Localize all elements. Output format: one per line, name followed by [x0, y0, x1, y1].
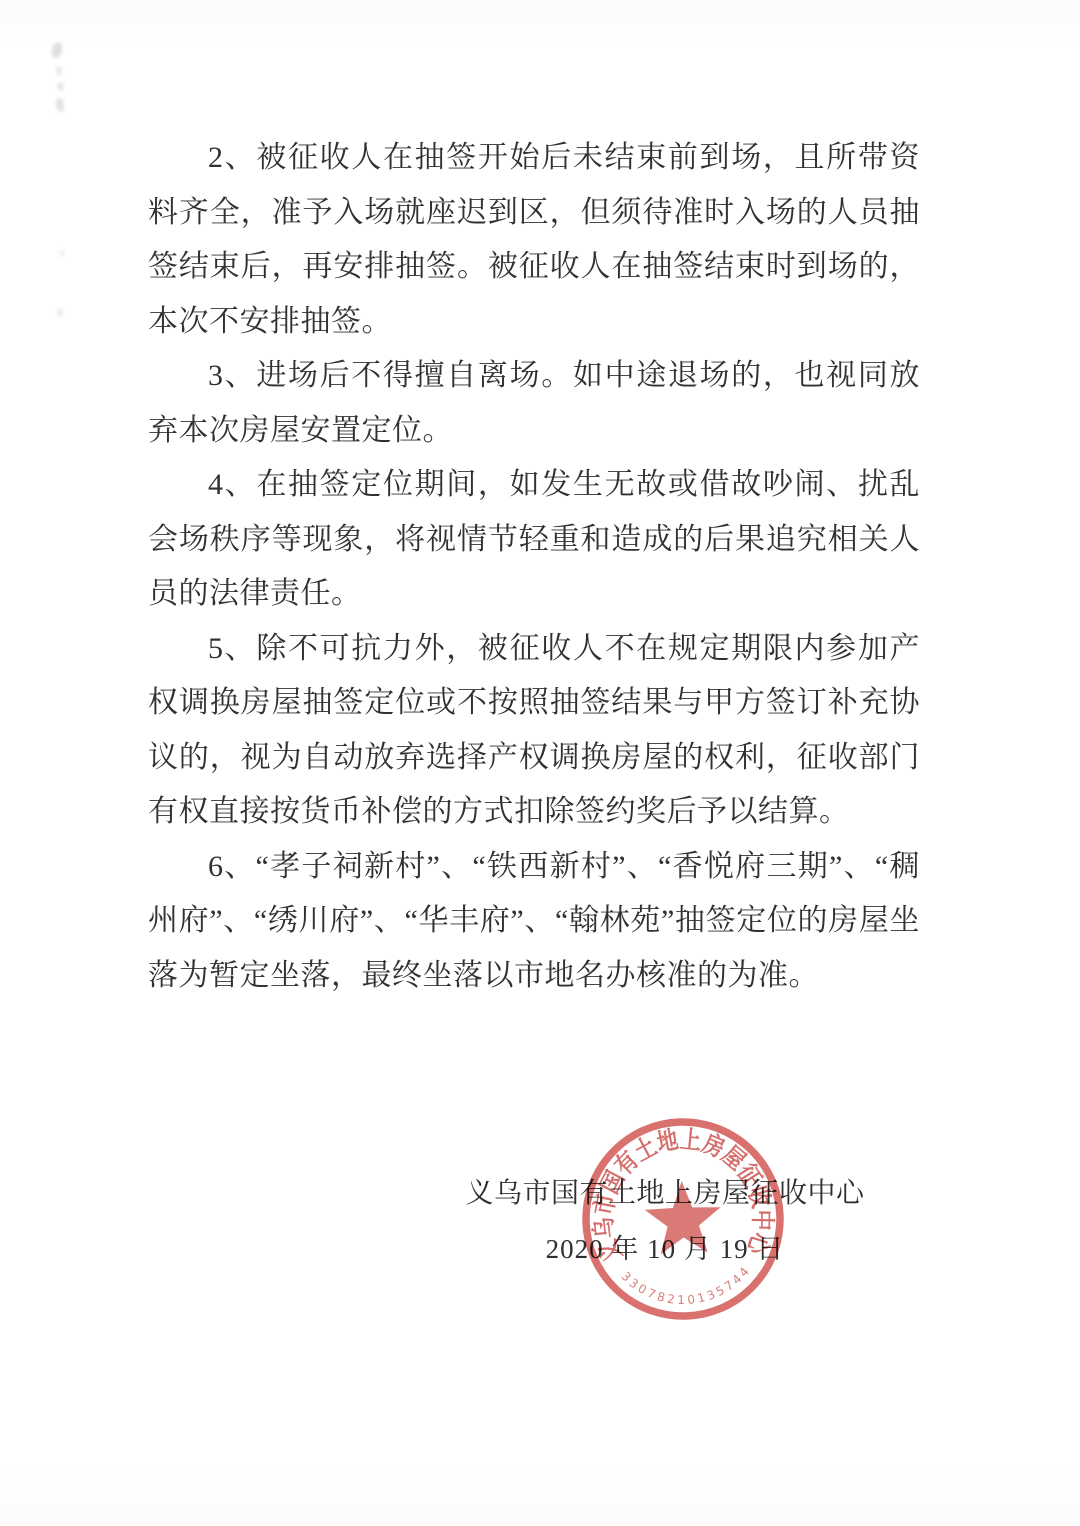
scan-artifact: [60, 250, 65, 257]
document-body: 2、被征收人在抽签开始后未结束前到场，且所带资料齐全，准予入场就座迟到区，但须待…: [148, 131, 920, 1003]
clause-6: 6、“孝子祠新村”、“铁西新村”、“香悦府三期”、“稠州府”、“绣川府”、“华丰…: [148, 840, 920, 1004]
clause-5: 5、除不可抗力外，被征收人不在规定期限内参加产权调换房屋抽签定位或不按照抽签结果…: [148, 622, 920, 840]
scan-artifact: [56, 66, 62, 76]
clause-3: 3、进场后不得擅自离场。如中途退场的，也视同放弃本次房屋安置定位。: [148, 349, 920, 458]
document-page: 2、被征收人在抽签开始后未结束前到场，且所带资料齐全，准予入场就座迟到区，但须待…: [0, 0, 1080, 1526]
scan-artifact: [57, 308, 63, 317]
scan-artifact: [50, 41, 64, 59]
scan-artifact: [55, 97, 65, 112]
scan-artifact: [57, 82, 64, 91]
official-red-seal: 义乌市国有土地上房屋征收中心 33078210135744: [574, 1110, 791, 1327]
clause-2: 2、被征收人在抽签开始后未结束前到场，且所带资料齐全，准予入场就座迟到区，但须待…: [148, 131, 920, 349]
star-icon: [644, 1180, 722, 1255]
clause-4: 4、在抽签定位期间，如发生无故或借故吵闹、扰乱会场秩序等现象，将视情节轻重和造成…: [148, 458, 920, 622]
